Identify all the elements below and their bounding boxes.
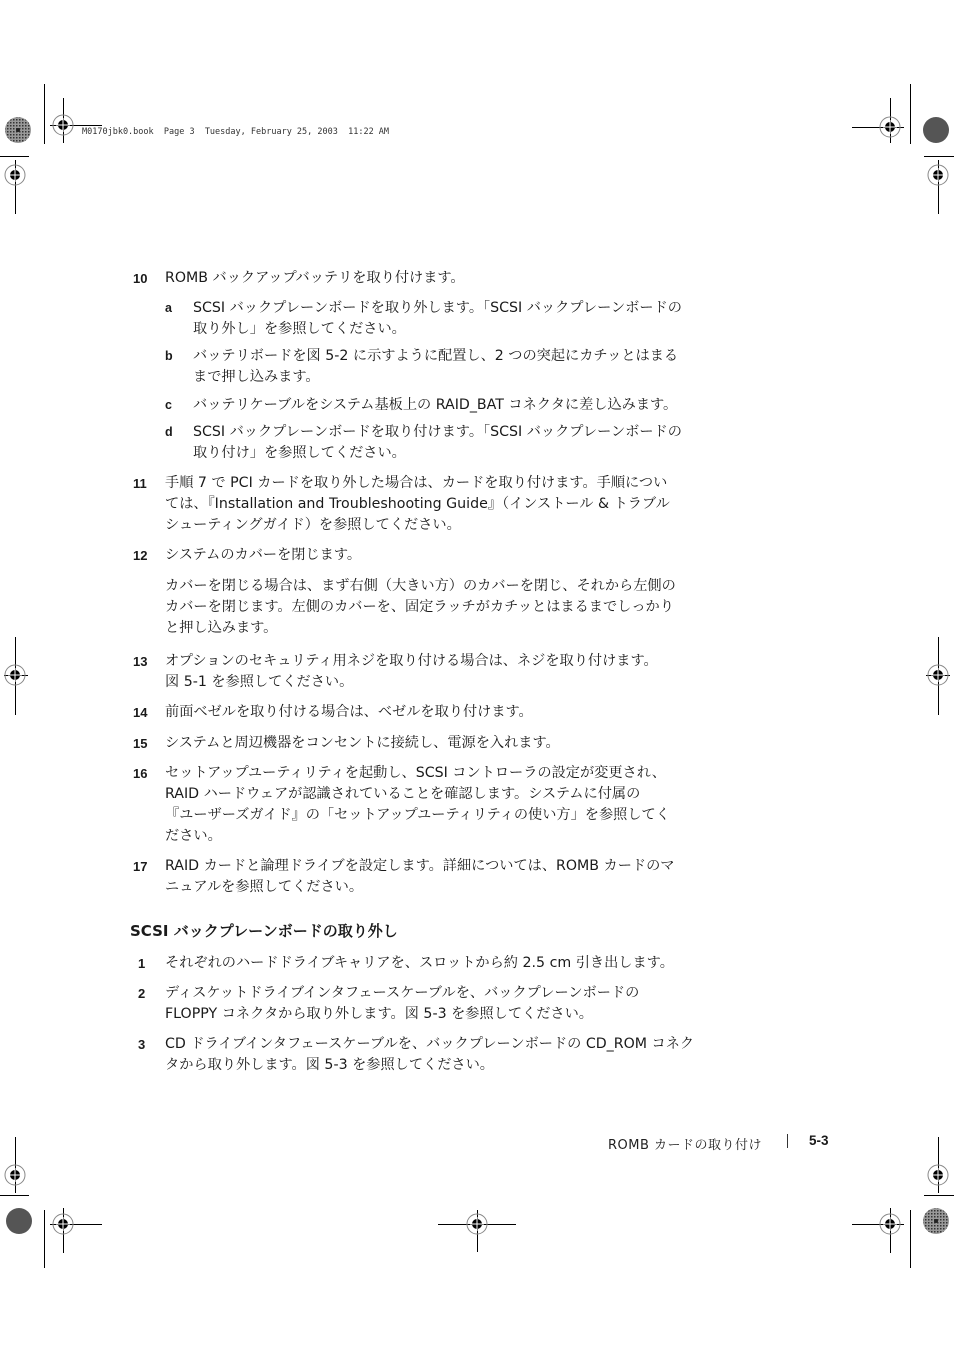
step-number: 3 [138,1034,145,1055]
step-text: RAID カードと論理ドライブを設定します。詳細については、ROMB カードのマ [165,856,745,877]
step-text: タから取り外します。図 5-3 を参照してください。 [165,1055,745,1076]
step-number: 16 [133,763,147,784]
registration-mark-icon [879,116,901,138]
substep-text: 取り外し」を参照してください。 [193,319,682,340]
color-target-icon [922,116,950,144]
registration-mark-icon [52,1213,74,1235]
registration-mark-icon [927,1164,949,1186]
substep-label: d [165,422,173,443]
step-text: 『ユーザーズガイド』の「セットアップユーティリティの使い方」を参照してく [165,805,745,826]
crop-mark [924,156,954,157]
section-heading: SCSI バックプレーンボードの取り外し [130,920,398,941]
step-text: それぞれのハードドライブキャリアを、スロットから約 2.5 cm 引き出します。 [165,953,745,974]
color-target-icon [922,1207,950,1235]
step-number: 11 [133,473,147,494]
registration-mark-icon [927,664,949,686]
step-text: CD ドライブインタフェースケーブルを、バックプレーンボードの CD_ROM コ… [165,1034,745,1055]
registration-mark-icon [927,164,949,186]
crop-mark [44,1210,45,1268]
step-text: オプションのセキュリティ用ネジを取り付ける場合は、ネジを取り付けます。 [165,651,745,672]
step-number: 12 [133,545,147,566]
step-number: 13 [133,651,147,672]
substep-label: b [165,346,173,367]
registration-mark-icon [4,1164,26,1186]
substep-label: c [165,395,172,416]
step-text: セットアップユーティリティを起動し、SCSI コントローラの設定が変更され、 [165,763,745,784]
crop-mark [0,156,29,157]
substep-text: SCSI バックプレーンボードを取り付けます。「SCSI バックプレーンボードの [193,422,682,443]
step-text: FLOPPY コネクタから取り外します。図 5-3 を参照してください。 [165,1004,745,1025]
step-text: と押し込みます。 [165,618,745,639]
print-slug: M0170jbk0.book Page 3 Tuesday, February … [82,127,389,137]
substep-text: バッテリボードを図 5-2 に示すように配置し、2 つの突起にカチッとはまる [193,346,678,367]
step-number: 2 [138,983,145,1004]
step-text: システムのカバーを閉じます。 [165,545,745,566]
step-text: 前面ベゼルを取り付ける場合は、ベゼルを取り付けます。 [165,702,745,723]
step-number: 14 [133,702,147,723]
step-text: ディスケットドライブインタフェースケーブルを、バックプレーンボードの [165,983,745,1004]
step-text: ては、『Installation and Troubleshooting Gui… [165,494,745,515]
substep-text: SCSI バックプレーンボードを取り外します。「SCSI バックプレーンボードの [193,298,682,319]
crop-mark [910,1210,911,1268]
step-text: カバーを閉じます。左側のカバーを、固定ラッチがカチッとはまるまでしっかり [165,597,745,618]
registration-mark-icon [52,114,74,136]
registration-mark-icon [879,1213,901,1235]
step-text: ニュアルを参照してください。 [165,877,745,898]
step-text: システムと周辺機器をコンセントに接続し、電源を入れます。 [165,733,745,754]
substep-text: まで押し込みます。 [193,367,678,388]
step-number: 15 [133,733,147,754]
step-text: ださい。 [165,826,745,847]
footer-chapter-title: ROMB カードの取り付け [608,1134,762,1153]
substep-text: バッテリケーブルをシステム基板上の RAID_BAT コネクタに差し込みます。 [193,395,677,416]
registration-mark-icon [466,1213,488,1235]
substep-text: 取り付け」を参照してください。 [193,443,682,464]
substep-label: a [165,298,172,319]
step-text: カバーを閉じる場合は、まず右側（大きい方）のカバーを閉じ、それから左側の [165,576,745,597]
footer-divider [787,1134,788,1148]
crop-mark [910,84,911,144]
color-target-icon [4,116,32,144]
step-text: シューティングガイド）を参照してください。 [165,515,745,536]
color-target-icon [5,1207,33,1235]
step-text: RAID ハードウェアが認識されていることを確認します。システムに付属の [165,784,745,805]
step-text: ROMB バックアップバッテリを取り付けます。 [165,268,745,289]
crop-mark [44,84,45,144]
crop-mark [924,1195,954,1196]
page-number: 5-3 [809,1133,829,1148]
registration-mark-icon [4,664,26,686]
registration-mark-icon [4,164,26,186]
step-number: 17 [133,856,147,877]
step-text: 図 5-1 を参照してください。 [165,672,745,693]
step-number: 1 [138,953,145,974]
step-number: 10 [133,268,147,289]
step-text: 手順 7 で PCI カードを取り外した場合は、カードを取り付けます。手順につい [165,473,745,494]
crop-mark [0,1195,29,1196]
